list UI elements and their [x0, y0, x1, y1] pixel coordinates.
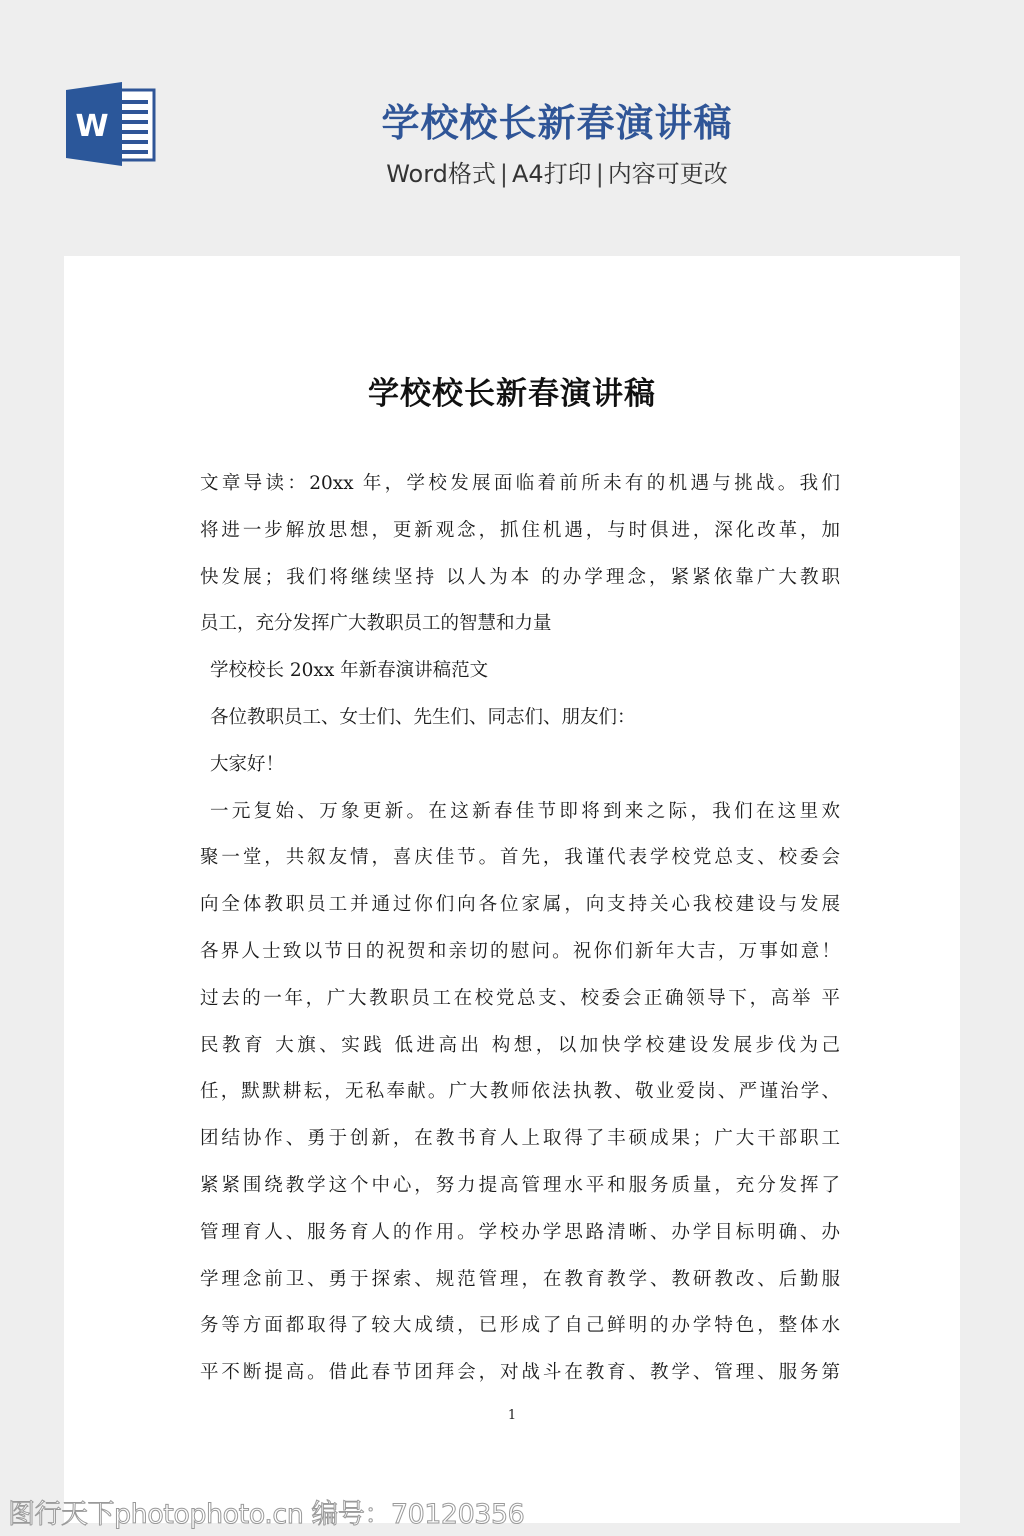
- document-title: 学校校长新春演讲稿: [64, 368, 960, 413]
- text-line: 务等方面都取得了较大成绩，已形成了自己鲜明的办学特色，整体水: [200, 1303, 840, 1350]
- text-line: 团结协作、勇于创新，在教书育人上取得了丰硕成果；广大干部职工: [200, 1116, 840, 1163]
- text-line: 紧紧围绕教学这个中心，努力提高管理水平和服务质量，充分发挥了: [200, 1163, 840, 1210]
- text-line: 向全体教职员工并通过你们向各位家属，向支持关心我校建设与发展: [200, 882, 840, 929]
- text-line: 学理念前卫、勇于探索、规范管理，在教育教学、教研教改、后勤服: [200, 1257, 840, 1304]
- text-line: 任，默默耕耘，无私奉献。广大教师依法执教、敬业爱岗、严谨治学、: [200, 1069, 840, 1116]
- document-body: 文章导读：20xx 年，学校发展面临着前所未有的机遇与挑战。我们将进一步解放思想…: [200, 461, 840, 1397]
- header-subtitle: Word格式|A4打印|内容可更改: [300, 154, 814, 189]
- editable-label: 内容可更改: [608, 160, 728, 188]
- text-line: 快发展；我们将继续坚持 以人为本 的办学理念，紧紧依靠广大教职: [200, 555, 840, 602]
- header: W 学校校长新春演讲稿 Word格式|A4打印|内容可更改: [0, 0, 1024, 256]
- text-line: 各位教职员工、女士们、先生们、同志们、朋友们：: [200, 695, 840, 742]
- document-page: 学校校长新春演讲稿 文章导读：20xx 年，学校发展面临着前所未有的机遇与挑战。…: [64, 256, 960, 1523]
- text-line: 一元复始、万象更新。在这新春佳节即将到来之际，我们在这里欢: [200, 789, 840, 836]
- separator: |: [496, 160, 512, 188]
- text-line: 学校校长 20xx 年新春演讲稿范文: [200, 648, 840, 695]
- format-label: Word格式: [386, 160, 496, 188]
- text-line: 管理育人、服务育人的作用。学校办学思路清晰、办学目标明确、办: [200, 1210, 840, 1257]
- word-document-icon: W: [64, 82, 156, 166]
- text-line: 员工，充分发挥广大教职员工的智慧和力量: [200, 601, 840, 648]
- page-number: 1: [64, 1408, 960, 1423]
- watermark: 图行天下photophoto.cn 编号：70120356: [8, 1492, 524, 1531]
- text-line: 各界人士致以节日的祝贺和亲切的慰问。祝你们新年大吉，万事如意！: [200, 929, 840, 976]
- text-line: 过去的一年，广大教职员工在校党总支、校委会正确领导下，高举 平: [200, 976, 840, 1023]
- text-line: 民教育 大旗、实践 低进高出 构想，以加快学校建设发展步伐为己: [200, 1023, 840, 1070]
- print-label: A4打印: [512, 160, 592, 188]
- header-title: 学校校长新春演讲稿: [300, 92, 814, 147]
- text-line: 文章导读：20xx 年，学校发展面临着前所未有的机遇与挑战。我们: [200, 461, 840, 508]
- text-line: 平不断提高。借此春节团拜会，对战斗在教育、教学、管理、服务第: [200, 1350, 840, 1397]
- text-line: 大家好！: [200, 742, 840, 789]
- svg-text:W: W: [75, 109, 108, 144]
- separator: |: [592, 160, 608, 188]
- text-line: 聚一堂，共叙友情，喜庆佳节。首先，我谨代表学校党总支、校委会: [200, 835, 840, 882]
- text-line: 将进一步解放思想，更新观念，抓住机遇，与时俱进，深化改革，加: [200, 508, 840, 555]
